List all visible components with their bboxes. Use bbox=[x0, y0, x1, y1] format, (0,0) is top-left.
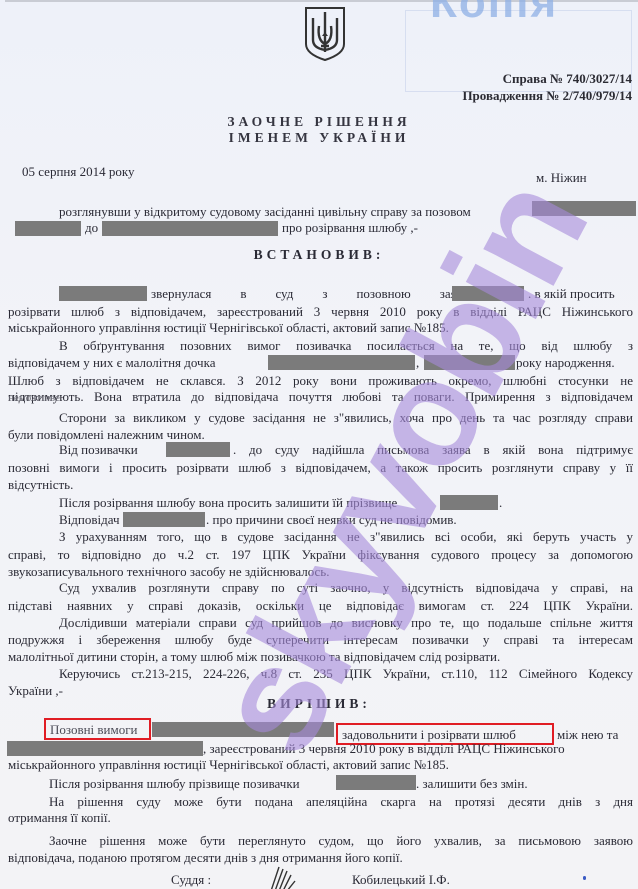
established-line: підтримують. Вона втратила до відповідач… bbox=[8, 388, 633, 405]
established-line: В обґрунтування позовних вимог позивачка… bbox=[59, 337, 633, 354]
judge-label: Суддя : bbox=[171, 872, 211, 888]
surname-text-a: Після розірвання шлюбу прізвище позивачк… bbox=[49, 775, 300, 792]
established-line: розірвати шлюб з відповідачем, зареєстро… bbox=[8, 303, 633, 320]
established-text: року народження. bbox=[516, 354, 615, 371]
redacted-plaintiff bbox=[532, 201, 636, 216]
redacted-name bbox=[424, 355, 515, 370]
appeal-line-1: На рішення суду може бути подана апеляці… bbox=[49, 793, 633, 810]
established-text: . про причини своєї неявки суд не повідо… bbox=[206, 511, 457, 528]
established-line: справі, то відповідно до ч.2 ст. 197 ЦПК… bbox=[8, 546, 633, 563]
redacted-name bbox=[440, 495, 498, 510]
decision-date: 05 серпня 2014 року bbox=[22, 164, 134, 180]
review-line-1: Заочне рішення може бути переглянуто суд… bbox=[49, 832, 633, 849]
surname-text-b: . залишити без змін. bbox=[416, 775, 528, 792]
established-text: . bbox=[499, 494, 502, 511]
intro-text: розглянувши у відкритому судовому засіда… bbox=[59, 204, 471, 219]
ink-dot bbox=[583, 876, 586, 880]
established-line: Сторони за викликом у судове засідання н… bbox=[59, 409, 633, 426]
judge-signature-icon bbox=[265, 865, 300, 889]
intro-to: до bbox=[85, 219, 98, 236]
redacted-name bbox=[166, 442, 230, 457]
established-line: Шлюб з відповідачем не склався. З 2012 р… bbox=[8, 372, 633, 389]
established-line: підставі наявних у справі доказів, оскіл… bbox=[8, 597, 633, 614]
copy-stamp: Копія bbox=[430, 0, 558, 28]
established-text: Від позивачки bbox=[59, 441, 138, 458]
decided-line2: , зареєстрований 3 червня 2010 року в ві… bbox=[203, 740, 565, 757]
redacted-name bbox=[59, 286, 147, 301]
proceeding-number: Провадження № 2/740/979/14 bbox=[462, 87, 632, 104]
document-title: ЗАОЧНЕ РІШЕННЯ bbox=[0, 114, 638, 130]
redacted-name bbox=[452, 286, 524, 301]
intro-line-1: розглянувши у відкритому судовому засіда… bbox=[59, 203, 471, 220]
established-line: Дослідивши матеріали справи суд прийшов … bbox=[59, 614, 633, 631]
decided-line3: міськрайонного управління юстиції Черніг… bbox=[8, 756, 449, 773]
redacted-party bbox=[152, 722, 334, 737]
established-text: відповідачем у них є малолітня дочка bbox=[8, 354, 215, 371]
established-line: Керуючись ст.213-215, 224-226, ч.8 ст. 2… bbox=[59, 665, 633, 682]
redacted-name bbox=[123, 512, 205, 527]
established-text: Відповідач bbox=[59, 511, 120, 528]
document-subtitle: ІМЕНЕМ УКРАЇНИ bbox=[0, 130, 638, 146]
established-line: малолітньої дитини сторін, а тому шлюб м… bbox=[8, 648, 500, 665]
established-text: . до суду надійшла письмова заява в якій… bbox=[233, 441, 633, 458]
document-page: Копія Справа № 740/3027/14 Провадження №… bbox=[0, 0, 638, 889]
review-line-2: відповідача, поданою протягом десяти дні… bbox=[8, 849, 403, 866]
established-line: подружжя і збереження шлюбу буде супереч… bbox=[8, 631, 633, 648]
appeal-line-2: отримання її копії. bbox=[8, 809, 111, 826]
redacted-defendant bbox=[102, 221, 278, 236]
decided-line1-end: між нею та bbox=[557, 726, 618, 743]
trident-coat-of-arms-icon bbox=[303, 6, 347, 62]
established-line: позовні вимоги і просить розірвати шлюб … bbox=[8, 459, 633, 476]
decision-city: м. Ніжин bbox=[536, 170, 587, 186]
redacted-defendant-2 bbox=[7, 741, 203, 756]
judge-name: Кобилецький І.Ф. bbox=[352, 872, 450, 888]
established-line: відсутність. bbox=[8, 476, 73, 493]
established-line: З урахуванням того, що в судове засіданн… bbox=[59, 528, 633, 545]
claims-label: Позовні вимоги bbox=[50, 721, 138, 738]
redacted-name bbox=[268, 355, 415, 370]
established-text: , bbox=[416, 354, 419, 371]
redacted-surname bbox=[336, 775, 416, 790]
established-line: міськрайонного управління юстиції Черніг… bbox=[8, 319, 449, 336]
redacted-plaintiff-cont bbox=[15, 221, 81, 236]
established-line: звукозаписувального технічного засобу не… bbox=[8, 563, 329, 580]
established-line: Суд ухвалив розглянути справу по суті за… bbox=[59, 579, 633, 596]
heading-decided: ВИРІШИВ: bbox=[0, 696, 638, 712]
established-text: . в якій просить bbox=[528, 285, 615, 302]
heading-established: ВСТАНОВИВ: bbox=[0, 247, 638, 263]
established-line: неможливе. bbox=[8, 390, 63, 407]
case-numbers: Справа № 740/3027/14 Провадження № 2/740… bbox=[462, 70, 632, 104]
intro-subject: про розірвання шлюбу ,- bbox=[282, 219, 418, 236]
case-number: Справа № 740/3027/14 bbox=[462, 70, 632, 87]
established-text: Після розірвання шлюбу вона просить зали… bbox=[59, 494, 397, 511]
